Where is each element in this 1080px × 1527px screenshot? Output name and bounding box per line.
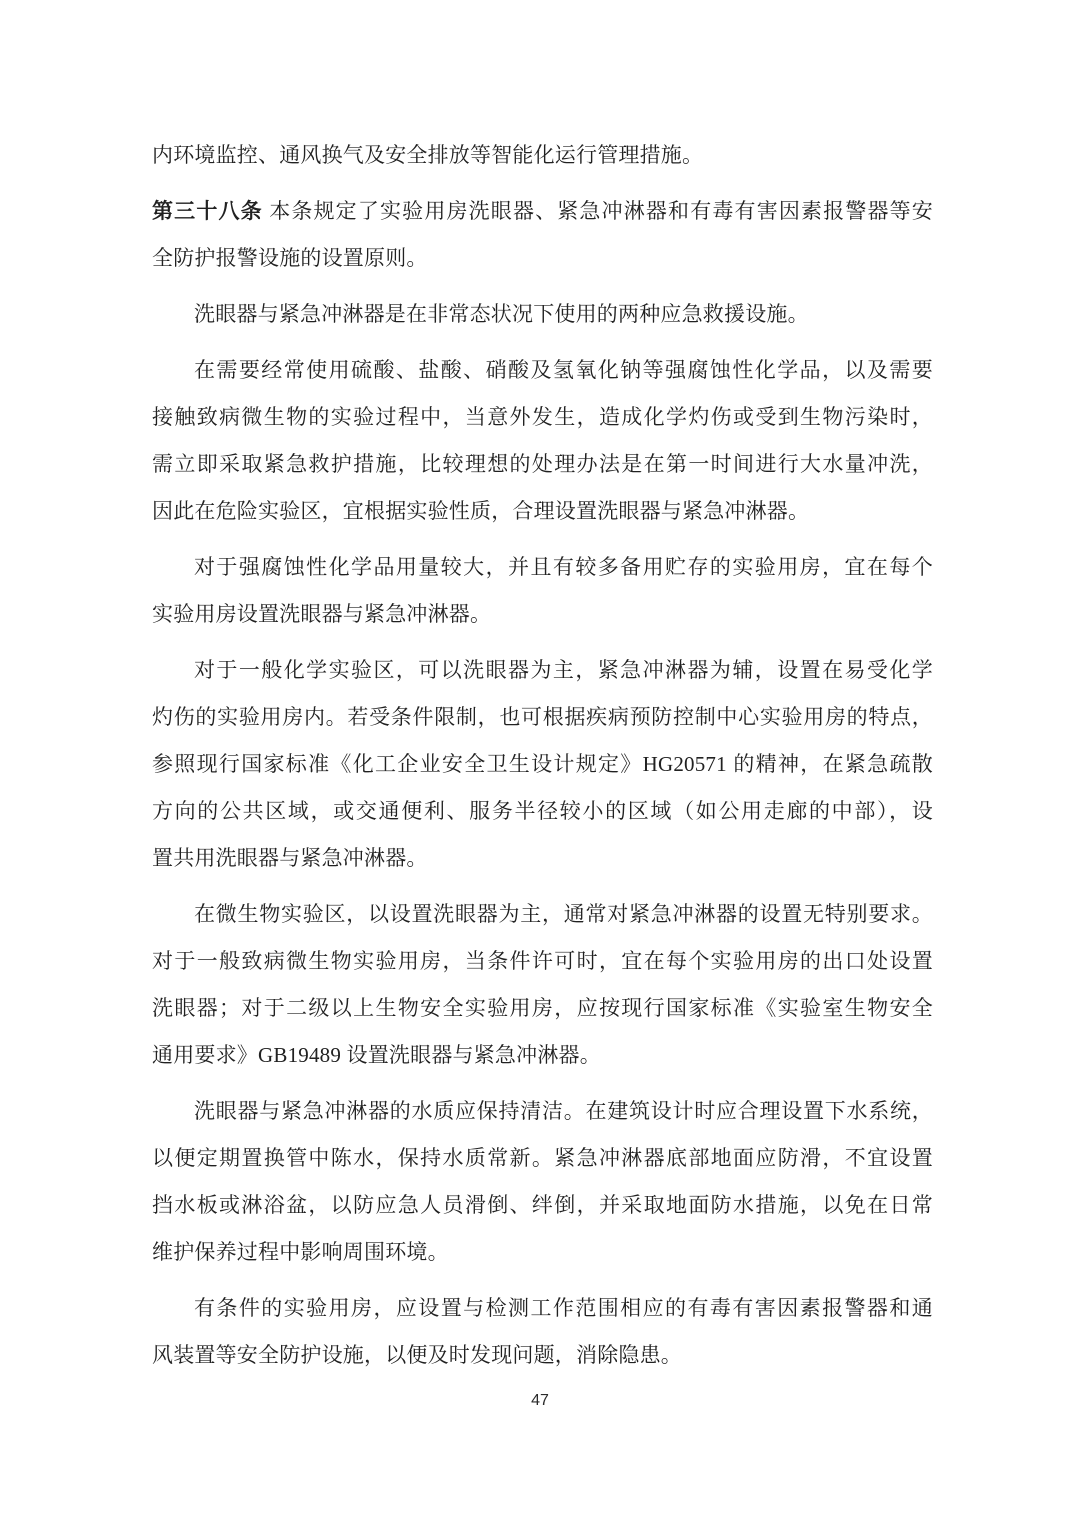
document-body: 内环境监控、通风换气及安全排放等智能化运行管理措施。第三十八条 本条规定了实验用… [152,132,933,1379]
text-line: 通用要求》GB19489 设置洗眼器与紧急冲淋器。 [152,1032,933,1079]
text-line: 有条件的实验用房，应设置与检测工作范围相应的有毒有害因素报警器和通 [152,1285,933,1332]
page-number: 47 [0,1392,1080,1410]
text-line: 洗眼器与紧急冲淋器是在非常态状况下使用的两种应急救援设施。 [152,291,933,338]
text-run: 挡水板或淋浴盆，以防应急人员滑倒、绊倒，并采取地面防水措施，以免在日常 [152,1193,933,1217]
text-run: 全防护报警设施的设置原则。 [152,246,428,270]
text-run: 置共用洗眼器与紧急冲淋器。 [152,846,428,870]
text-run: 内环境监控、通风换气及安全排放等智能化运行管理措施。 [152,143,703,167]
text-line: 因此在危险实验区，宜根据实验性质，合理设置洗眼器与紧急冲淋器。 [152,488,933,535]
text-line: 实验用房设置洗眼器与紧急冲淋器。 [152,591,933,638]
text-run: 维护保养过程中影响周围环境。 [152,1240,449,1264]
text-run: 参照现行国家标准《化工企业安全卫生设计规定》HG20571 的精神，在紧急疏散 [152,752,933,776]
paragraph: 对于强腐蚀性化学品用量较大，并且有较多备用贮存的实验用房，宜在每个实验用房设置洗… [152,544,933,638]
text-run: 有条件的实验用房，应设置与检测工作范围相应的有毒有害因素报警器和通 [194,1296,933,1320]
text-run: 对于强腐蚀性化学品用量较大，并且有较多备用贮存的实验用房，宜在每个 [194,555,933,579]
text-line: 第三十八条 本条规定了实验用房洗眼器、紧急冲淋器和有毒有害因素报警器等安 [152,188,933,235]
text-line: 方向的公共区域，或交通便利、服务半径较小的区域（如公用走廊的中部），设 [152,788,933,835]
text-run: 以便定期置换管中陈水，保持水质常新。紧急冲淋器底部地面应防滑，不宜设置 [152,1146,933,1170]
text-run: 洗眼器与紧急冲淋器的水质应保持清洁。在建筑设计时应合理设置下水系统， [194,1099,933,1123]
text-run: 因此在危险实验区，宜根据实验性质，合理设置洗眼器与紧急冲淋器。 [152,499,809,523]
paragraph: 在需要经常使用硫酸、盐酸、硝酸及氢氧化钠等强腐蚀性化学品，以及需要接触致病微生物… [152,347,933,535]
text-run: 实验用房设置洗眼器与紧急冲淋器。 [152,602,491,626]
text-run: 在需要经常使用硫酸、盐酸、硝酸及氢氧化钠等强腐蚀性化学品，以及需要 [194,358,933,382]
text-line: 在需要经常使用硫酸、盐酸、硝酸及氢氧化钠等强腐蚀性化学品，以及需要 [152,347,933,394]
text-run: 在微生物实验区，以设置洗眼器为主，通常对紧急冲淋器的设置无特别要求。 [194,902,933,926]
text-run: 方向的公共区域，或交通便利、服务半径较小的区域（如公用走廊的中部），设 [152,799,933,823]
paragraph: 对于一般化学实验区，可以洗眼器为主，紧急冲淋器为辅，设置在易受化学灼伤的实验用房… [152,647,933,882]
text-run: 通用要求》GB19489 设置洗眼器与紧急冲淋器。 [152,1043,601,1067]
text-line: 置共用洗眼器与紧急冲淋器。 [152,835,933,882]
paragraph: 洗眼器与紧急冲淋器是在非常态状况下使用的两种应急救援设施。 [152,291,933,338]
text-line: 洗眼器；对于二级以上生物安全实验用房，应按现行国家标准《实验室生物安全 [152,985,933,1032]
text-line: 对于一般化学实验区，可以洗眼器为主，紧急冲淋器为辅，设置在易受化学 [152,647,933,694]
text-line: 在微生物实验区，以设置洗眼器为主，通常对紧急冲淋器的设置无特别要求。 [152,891,933,938]
text-line: 灼伤的实验用房内。若受条件限制，也可根据疾病预防控制中心实验用房的特点， [152,694,933,741]
paragraph: 第三十八条 本条规定了实验用房洗眼器、紧急冲淋器和有毒有害因素报警器等安全防护报… [152,188,933,282]
text-run: 对于一般致病微生物实验用房，当条件许可时，宜在每个实验用房的出口处设置 [152,949,933,973]
text-run: 洗眼器与紧急冲淋器是在非常态状况下使用的两种应急救援设施。 [194,302,809,326]
text-run: 灼伤的实验用房内。若受条件限制，也可根据疾病预防控制中心实验用房的特点， [152,705,933,729]
document-page: { "page": { "number": "47", "background_… [0,0,1080,1527]
text-run: 风装置等安全防护设施，以便及时发现问题，消除隐患。 [152,1343,682,1367]
text-line: 参照现行国家标准《化工企业安全卫生设计规定》HG20571 的精神，在紧急疏散 [152,741,933,788]
text-line: 对于强腐蚀性化学品用量较大，并且有较多备用贮存的实验用房，宜在每个 [152,544,933,591]
text-line: 维护保养过程中影响周围环境。 [152,1229,933,1276]
text-run: 接触致病微生物的实验过程中，当意外发生，造成化学灼伤或受到生物污染时， [152,405,933,429]
text-run: 对于一般化学实验区，可以洗眼器为主，紧急冲淋器为辅，设置在易受化学 [194,658,933,682]
paragraph: 有条件的实验用房，应设置与检测工作范围相应的有毒有害因素报警器和通风装置等安全防… [152,1285,933,1379]
article-number-label: 第三十八条 [152,199,263,223]
text-run: 需立即采取紧急救护措施，比较理想的处理办法是在第一时间进行大水量冲洗， [152,452,933,476]
text-line: 需立即采取紧急救护措施，比较理想的处理办法是在第一时间进行大水量冲洗， [152,441,933,488]
text-line: 对于一般致病微生物实验用房，当条件许可时，宜在每个实验用房的出口处设置 [152,938,933,985]
text-run: 本条规定了实验用房洗眼器、紧急冲淋器和有毒有害因素报警器等安 [263,199,933,223]
paragraph: 洗眼器与紧急冲淋器的水质应保持清洁。在建筑设计时应合理设置下水系统，以便定期置换… [152,1088,933,1276]
paragraph: 在微生物实验区，以设置洗眼器为主，通常对紧急冲淋器的设置无特别要求。对于一般致病… [152,891,933,1079]
text-line: 风装置等安全防护设施，以便及时发现问题，消除隐患。 [152,1332,933,1379]
text-run: 洗眼器；对于二级以上生物安全实验用房，应按现行国家标准《实验室生物安全 [152,996,933,1020]
text-line: 以便定期置换管中陈水，保持水质常新。紧急冲淋器底部地面应防滑，不宜设置 [152,1135,933,1182]
paragraph: 内环境监控、通风换气及安全排放等智能化运行管理措施。 [152,132,933,179]
text-line: 洗眼器与紧急冲淋器的水质应保持清洁。在建筑设计时应合理设置下水系统， [152,1088,933,1135]
text-line: 全防护报警设施的设置原则。 [152,235,933,282]
text-line: 内环境监控、通风换气及安全排放等智能化运行管理措施。 [152,132,933,179]
text-line: 挡水板或淋浴盆，以防应急人员滑倒、绊倒，并采取地面防水措施，以免在日常 [152,1182,933,1229]
text-line: 接触致病微生物的实验过程中，当意外发生，造成化学灼伤或受到生物污染时， [152,394,933,441]
